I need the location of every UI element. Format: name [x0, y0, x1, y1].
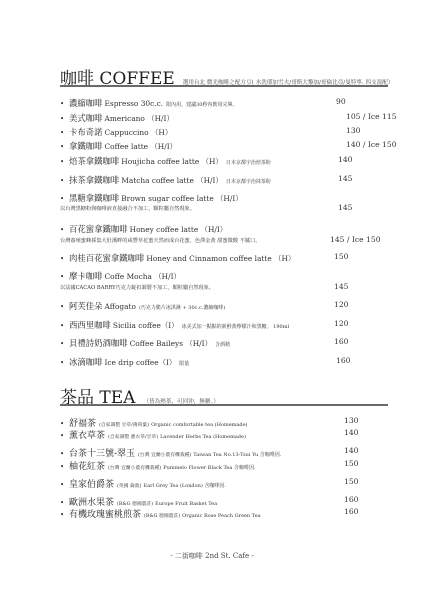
- bullet-icon: •: [60, 481, 69, 489]
- menu-item-mocha: •摩卡咖啡Coffe Mocha （H/I）: [60, 270, 390, 282]
- menu-item-sicilia-coffee: •西西里咖啡Sicilia coffee（I）冰美式加一點點的新鮮黃檸檬汁和黑糖…: [60, 319, 390, 331]
- item-description: 台灣養殖蜜蜂採集大肚溪畔的咸豐草花蜜天然而成百花蜜，色澤金黃 甜蜜微酸 不膩口。: [60, 237, 260, 244]
- bullet-icon: •: [60, 340, 69, 348]
- item-price: 145: [338, 203, 353, 212]
- bullet-icon: •: [60, 100, 69, 108]
- item-price: 160: [344, 495, 359, 504]
- bullet-icon: •: [60, 195, 69, 203]
- bullet-icon: •: [60, 420, 69, 428]
- item-price: 160: [334, 337, 349, 346]
- menu-item-rose-peach-green-tea: •有機玫瑰蜜桃煎茶(B&G 德國農莊)Organic Rose Peach Gr…: [60, 507, 390, 520]
- item-price: 140: [344, 428, 359, 437]
- cafe-footer: - 二街咖啡 2nd St. Cafe -: [0, 551, 424, 561]
- item-price: 140 / Ice 150: [346, 140, 397, 149]
- bullet-icon: •: [60, 359, 69, 367]
- menu-item-cappuccino: •卡布奇諾Cappuccino （H） 130: [60, 126, 390, 138]
- item-price: 140: [344, 446, 359, 455]
- menu-item-affogato: •阿芙佳朵Affogato(巧克力脆片冰淇淋 + 30c.c.濃縮咖啡) 120: [60, 300, 390, 312]
- menu-item-coffee-baileys: •貝禮詩奶酒咖啡Coffee Baileys （H/I）含酒精 160: [60, 337, 390, 349]
- menu-item-lavender-tea: •薰衣草茶(自家調製 薰衣草/甘草)Lavender Herbs Tea (Ho…: [60, 428, 390, 441]
- item-price: 150: [344, 459, 359, 468]
- menu-item-matcha-latte: •抹茶拿鐵咖啡Matcha coffee latte （H/I）日本京都宇治抹茶…: [60, 174, 390, 186]
- menu-item-americano: •美式咖啡Americano （H/I） 105 / Ice 115: [60, 112, 390, 124]
- menu-item-pummelo-black-tea: •柚花紅茶(台灣 宜蘭小農有機栽種)Pummelo Flower Black T…: [60, 459, 390, 472]
- bullet-icon: •: [60, 432, 69, 440]
- coffee-divider: [60, 85, 388, 87]
- item-price: 120: [334, 300, 349, 309]
- item-price: 145: [338, 174, 353, 183]
- bullet-icon: •: [60, 511, 69, 519]
- bullet-icon: •: [60, 303, 69, 311]
- menu-item-houjicha-latte: •焙茶拿鐵咖啡Houjicha coffee latte （H）日本京都宇治焙茶…: [60, 155, 390, 167]
- menu-item-coffee-latte: •拿鐵咖啡Coffee latte （H/I） 140 / Ice 150: [60, 140, 390, 152]
- bullet-icon: •: [60, 255, 69, 263]
- bullet-icon: •: [60, 499, 69, 507]
- menu-item-earl-grey: •皇家伯爵茶(英國 倫敦)Earl Grey Tea (London) 含咖啡因…: [60, 477, 390, 490]
- bullet-icon: •: [60, 450, 69, 458]
- item-price: 130: [346, 126, 361, 135]
- item-price: 105 / Ice 115: [346, 112, 397, 121]
- item-price: 150: [344, 477, 359, 486]
- bullet-icon: •: [60, 143, 69, 151]
- item-price: 160: [336, 356, 351, 365]
- menu-item-taiwan-tea-13: •台茶十三號-翠玉(台灣 宜蘭小農有機栽種)Taiwan Tea No.13-T…: [60, 446, 390, 459]
- item-price: 145 / Ice 150: [330, 235, 381, 244]
- item-price: 160: [344, 507, 359, 516]
- bullet-icon: •: [60, 463, 69, 471]
- item-price: 130: [344, 416, 359, 425]
- item-price: 140: [338, 155, 353, 164]
- item-description: 以台灣黑糖粉與咖啡液直接融合不加工，顆粒屬自然現象。: [60, 205, 195, 212]
- menu-item-espresso: •濃縮咖啡Espresso 30c.c.限內用，建議30秒內飲用完畢。 90: [60, 97, 390, 109]
- item-price: 145: [334, 282, 349, 291]
- item-description: 以法國CACAO BARRY巧克力錠扣調製不加工，顆粒屬自然現象。: [60, 284, 214, 291]
- menu-item-honey-latte: •百花蜜拿鐵咖啡Honey coffee latte （H/I）: [60, 223, 390, 235]
- bullet-icon: •: [60, 129, 69, 137]
- bullet-icon: •: [60, 115, 69, 123]
- menu-item-honey-cinnamon-latte: •肉桂百花蜜拿鐵咖啡Honey and Cinnamon coffee latt…: [60, 252, 390, 264]
- tea-divider: [60, 404, 388, 406]
- bullet-icon: •: [60, 158, 69, 166]
- menu-item-ice-drip-coffee: •冰滴咖啡Ice drip coffee（I）限量 160: [60, 356, 390, 368]
- bullet-icon: •: [60, 322, 69, 330]
- item-price: 90: [336, 97, 346, 106]
- bullet-icon: •: [60, 177, 69, 185]
- bullet-icon: •: [60, 226, 69, 234]
- item-price: 120: [334, 319, 349, 328]
- item-price: 150: [334, 252, 349, 261]
- bullet-icon: •: [60, 273, 69, 281]
